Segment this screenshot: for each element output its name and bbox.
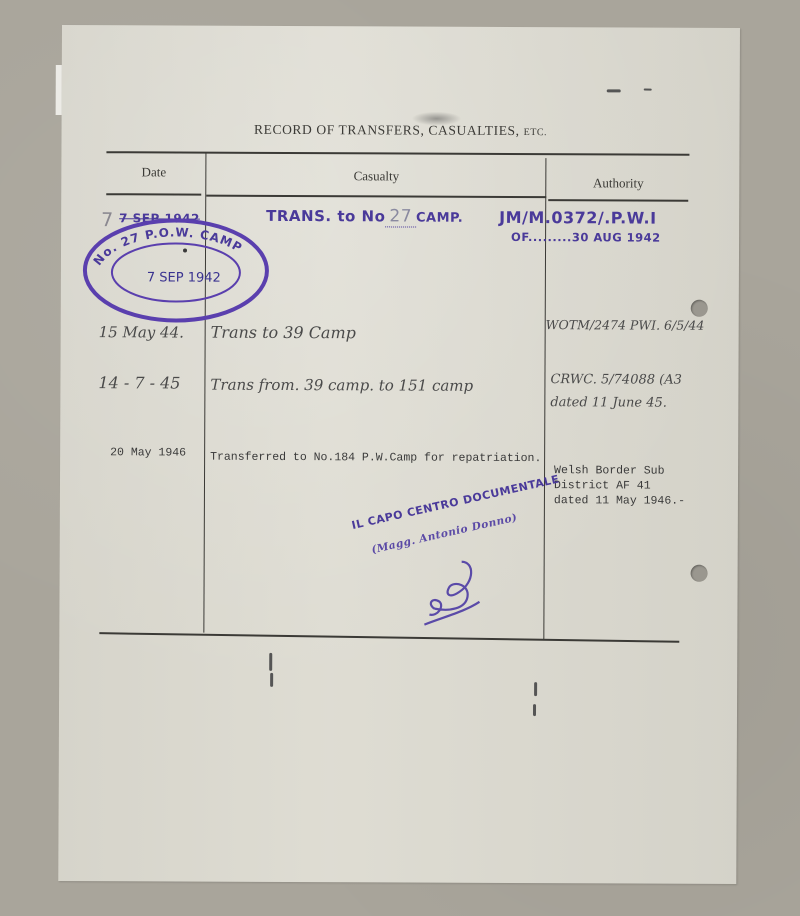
title-suffix: ETC. xyxy=(524,127,547,138)
staple-mark xyxy=(534,682,537,696)
entry3-casualty: Trans from. 39 camp. to 151 camp xyxy=(210,376,473,395)
entry3-authority-line2: dated 11 June 45. xyxy=(550,395,667,411)
svg-text:No. 27 P.O.W. CAMP: No. 27 P.O.W. CAMP xyxy=(91,225,246,269)
punch-hole-top xyxy=(691,300,708,317)
signature xyxy=(419,557,489,632)
ink-mark xyxy=(607,89,621,92)
column-header-authority: Authority xyxy=(548,175,688,192)
entry1-authority-line1: JM/M.0372/.P.W.I xyxy=(499,208,657,228)
staple-mark xyxy=(270,673,273,687)
punch-hole-bottom xyxy=(691,565,708,582)
entry1-casualty-suffix: CAMP. xyxy=(416,211,463,226)
header-bottom-border-date xyxy=(106,193,201,195)
ink-mark xyxy=(644,89,652,91)
entry1-authority-line2: OF.........30 AUG 1942 xyxy=(511,230,661,245)
title-text: RECORD OF TRANSFERS, CASUALTIES, xyxy=(254,122,520,138)
oval-stamp-date: 7 SEP 1942 xyxy=(147,270,221,285)
staple-mark xyxy=(533,704,536,716)
header-bottom-border-casualty xyxy=(206,195,546,198)
table-bottom-border xyxy=(99,632,679,642)
entry2-casualty: Trans to 39 Camp xyxy=(211,323,356,343)
entry3-authority-line1: CRWC. 5/74088 (A3 xyxy=(550,372,682,388)
entry3-date: 14 - 7 - 45 xyxy=(98,373,180,392)
header-bottom-border-authority xyxy=(548,199,688,201)
staple-mark xyxy=(269,653,272,671)
table-top-border xyxy=(106,151,689,155)
entry1-camp-number: 27 xyxy=(385,206,416,227)
column-header-date: Date xyxy=(106,164,201,180)
entry2-date: 15 May 44. xyxy=(99,323,184,341)
entry4-authority-line3: dated 11 May 1946.- xyxy=(554,493,685,509)
entry4-authority-line2: District AF 41 xyxy=(554,478,651,493)
pow-camp-oval-stamp: No. 27 P.O.W. CAMP 7 SEP 1942 xyxy=(81,215,271,326)
oval-stamp-outer-text: No. 27 P.O.W. CAMP xyxy=(91,225,246,269)
entry4-date: 20 May 1946 xyxy=(110,445,186,460)
document-page: RECORD OF TRANSFERS, CASUALTIES, ETC. Da… xyxy=(58,25,740,884)
entry1-casualty: TRANS. to No27CAMP. xyxy=(266,206,463,227)
italian-stamp-line1: IL CAPO CENTRO DOCUMENTALE xyxy=(350,473,560,533)
paper-edge xyxy=(56,65,62,115)
entry1-casualty-text: TRANS. to No xyxy=(266,207,385,226)
document-title: RECORD OF TRANSFERS, CASUALTIES, ETC. xyxy=(62,121,740,140)
entry2-authority: WOTM/2474 PWI. 6/5/44 xyxy=(546,317,705,333)
entry4-casualty: Transferred to No.184 P.W.Camp for repat… xyxy=(210,450,541,466)
entry4-authority-line1: Welsh Border Sub xyxy=(554,463,664,478)
column-header-casualty: Casualty xyxy=(206,168,546,185)
